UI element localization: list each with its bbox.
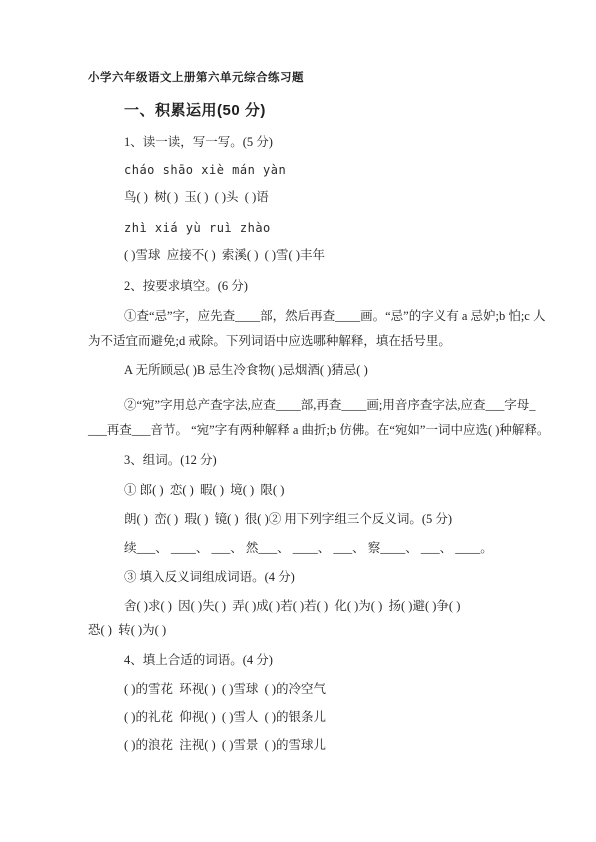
- q2-item2-line2: ___再查___音节。 “宛”字有两种解释 a 曲折;b 仿佛。在“宛如”一词中…: [88, 423, 549, 438]
- worksheet-page: 小学六年级语文上册第六单元综合练习题 一、积累运用(50 分) 1、读一读，写一…: [0, 0, 596, 842]
- q4-row1: ( )的雪花 环视( ) ( )雪球 ( )的冷空气: [124, 682, 326, 697]
- q1-heading: 1、读一读，写一写。(5 分): [124, 135, 273, 150]
- q3-pairs-line2: 恐( ) 转( )为( ): [88, 623, 166, 638]
- doc-title: 小学六年级语文上册第六单元综合练习题: [88, 72, 304, 86]
- q1-pinyin-row2: zhì xiá yù ruì zhào: [124, 221, 271, 235]
- q3-row2: 朗( ) 峦( ) 瑕( ) 镜( ) 很( )② 用下列字组三个反义词。(5 …: [124, 512, 452, 527]
- q1-hanzi-row2: ( )雪球 应接不( ) 索溪( ) ( )雪( )丰年: [124, 248, 325, 263]
- q2-item2-line1: ②“宛”字用总产查字法,应查____部,再查____画;用音序查字法,应查___…: [124, 398, 535, 413]
- q2-item1-options: A 无所顾忌( )B 忌生冷食物( )忌烟酒( )猜忌( ): [124, 363, 368, 378]
- q1-hanzi-row1: 鸟( ) 树( ) 玉( ) ( )头 ( )语: [124, 190, 269, 205]
- q3-row1: ① 郎( ) 恋( ) 暇( ) 境( ) 限( ): [124, 483, 284, 498]
- q4-row3: ( )的浪花 注视( ) ( )雪景 ( )的雪球儿: [124, 738, 326, 753]
- q2-item1-line2: 为不适宜而避免;d 戒除。下列词语中应选哪种解释，填在括号里。: [88, 334, 451, 349]
- section-heading: 一、积累运用(50 分): [124, 102, 266, 120]
- q3-pairs-line1: 舍( )求( ) 因( )失( ) 弄( )成( )若( )若( ) 化( )为…: [124, 599, 460, 614]
- q3-row3: 续___、 ____、 ___、 然___、 ____、 ___、 察____、…: [124, 541, 493, 556]
- q2-item1-line1: ①查“忌”字，应先查____部，然后再查____画。“忌”的字义有 a 忌妒;b…: [124, 309, 546, 324]
- q3-item3-heading: ③ 填入反义词组成词语。(4 分): [124, 570, 295, 585]
- q2-heading: 2、按要求填空。(6 分): [124, 279, 248, 294]
- q4-heading: 4、填上合适的词语。(4 分): [124, 653, 273, 668]
- q1-pinyin-row1: cháo shāo xiè mán yàn: [124, 163, 286, 177]
- q4-row2: ( )的礼花 仰视( ) ( )雪人 ( )的银条儿: [124, 710, 326, 725]
- q3-heading: 3、组词。(12 分): [124, 453, 217, 468]
